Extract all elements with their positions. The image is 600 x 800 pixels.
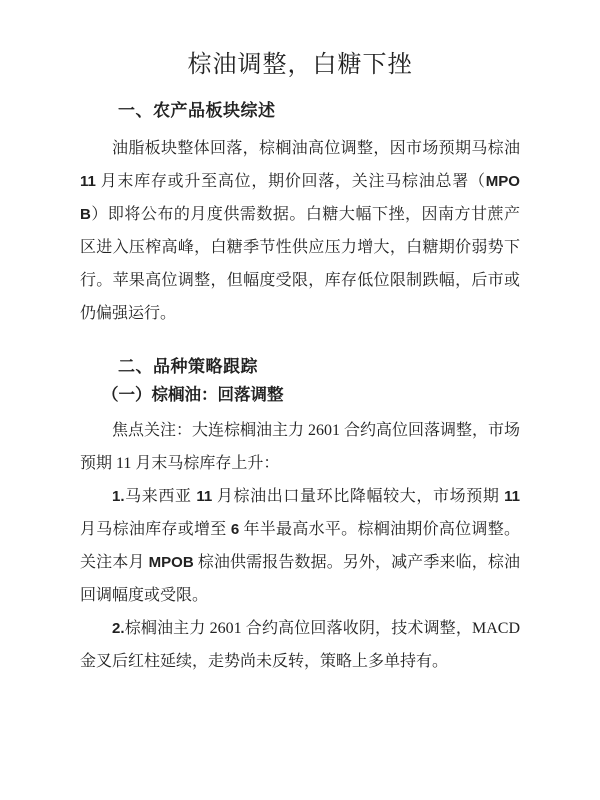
section-1-heading: 一、农产品板块综述 — [80, 100, 520, 122]
section-2-subheading: （一）棕榈油：回落调整 — [80, 384, 520, 406]
document-page: 棕油调整，白糖下挫 一、农产品板块综述 油脂板块整体回落，棕榈油高位调整，因市场… — [0, 0, 600, 800]
numbered-item-1-paragraph: 1.马来西亚 11 月棕油出口量环比降幅较大，市场预期 11 月马棕油库存或增至… — [80, 480, 520, 612]
numbered-item-2-paragraph: 2.棕榈油主力 2601 合约高位回落收阴，技术调整，MACD 金叉后红柱延续，… — [80, 612, 520, 678]
section-1-overview-paragraph: 油脂板块整体回落，棕榈油高位调整，因市场预期马棕油 11 月末库存或升至高位，期… — [80, 132, 520, 330]
focus-paragraph: 焦点关注：大连棕榈油主力 2601 合约高位回落调整，市场预期 11 月末马棕库… — [80, 414, 520, 480]
section-2-heading: 二、品种策略跟踪 — [80, 356, 520, 378]
document-title: 棕油调整，白糖下挫 — [80, 50, 520, 80]
